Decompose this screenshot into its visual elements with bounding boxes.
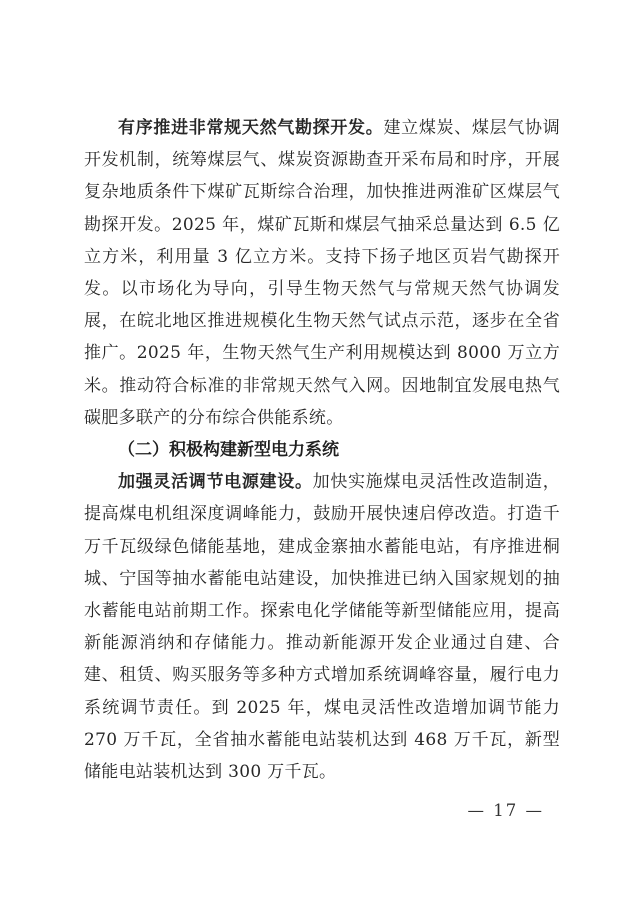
paragraph-lead-bold: 有序推进非常规天然气勘探开发。 bbox=[118, 118, 383, 138]
document-body: 有序推进非常规天然气勘探开发。建立煤炭、煤层气协调开发机制，统筹煤层气、煤炭资源… bbox=[84, 112, 560, 788]
section-heading: （二）积极构建新型电力系统 bbox=[84, 434, 560, 466]
paragraph-power-system: 加强灵活调节电源建设。加快实施煤电灵活性改造制造，提高煤电机组深度调峰能力，鼓励… bbox=[84, 466, 560, 788]
paragraph-lead-bold: 加强灵活调节电源建设。 bbox=[118, 472, 313, 492]
paragraph-gas-exploration: 有序推进非常规天然气勘探开发。建立煤炭、煤层气协调开发机制，统筹煤层气、煤炭资源… bbox=[84, 112, 560, 434]
document-page: 有序推进非常规天然气勘探开发。建立煤炭、煤层气协调开发机制，统筹煤层气、煤炭资源… bbox=[0, 0, 640, 905]
paragraph-text: 加快实施煤电灵活性改造制造，提高煤电机组深度调峰能力，鼓励开展快速启停改造。打造… bbox=[84, 472, 560, 782]
page-number: — 17 — bbox=[468, 801, 545, 821]
paragraph-text: 建立煤炭、煤层气协调开发机制，统筹煤层气、煤炭资源勘查开采布局和时序，开展复杂地… bbox=[84, 118, 560, 428]
